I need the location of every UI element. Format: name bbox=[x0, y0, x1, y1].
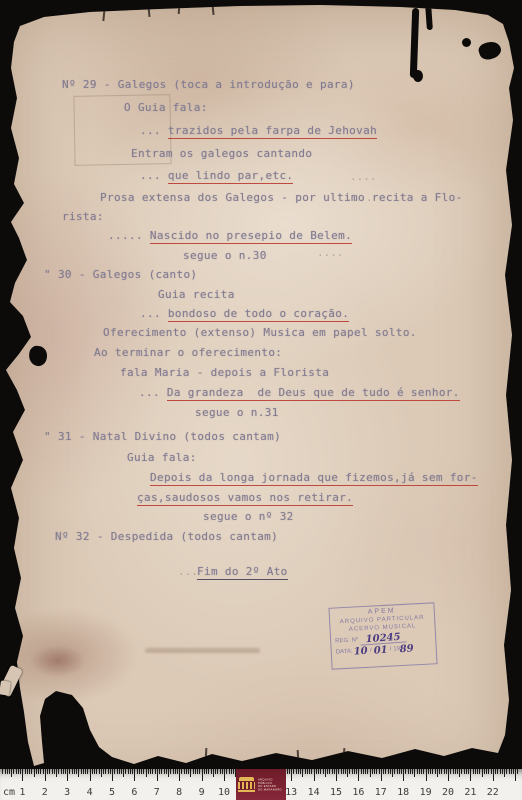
ruler-tick bbox=[47, 769, 48, 774]
ruler-tick bbox=[343, 769, 344, 774]
ruler-tick bbox=[141, 769, 142, 774]
ruler-tick bbox=[18, 769, 19, 774]
ruler-tick bbox=[473, 769, 474, 774]
ruler-tick bbox=[515, 769, 516, 781]
ruler-tick bbox=[291, 769, 292, 781]
ruler-tick bbox=[110, 769, 111, 774]
ruler-tick bbox=[2, 769, 3, 774]
ruler-tick bbox=[119, 769, 120, 774]
stamp-date-separator: / bbox=[370, 647, 372, 656]
line-text: Guia recita bbox=[158, 288, 235, 301]
ruler-tick bbox=[123, 769, 124, 777]
typewritten-line: segue o n.30 bbox=[183, 249, 267, 263]
ruler-tick bbox=[341, 769, 342, 774]
ruler-tick bbox=[385, 769, 386, 774]
ruler-tick bbox=[363, 769, 364, 774]
archive-stamp: APEM ARQUIVO PARTICULAR ACERVO MUSICAL R… bbox=[328, 602, 437, 669]
ruler-tick bbox=[193, 769, 194, 774]
ruler-tick bbox=[36, 769, 37, 774]
ruler-tick bbox=[464, 769, 465, 774]
ruler-tick bbox=[7, 769, 8, 774]
ruler-tick bbox=[421, 769, 422, 774]
logo-text-line: PÚBLICO bbox=[258, 781, 282, 784]
ruler-tick bbox=[338, 769, 339, 774]
ruler-tick bbox=[211, 769, 212, 774]
typewritten-line: Prosa extensa dos Galegos - por ultimo r… bbox=[100, 191, 463, 205]
ruler-tick bbox=[405, 769, 406, 774]
ruler-tick bbox=[155, 769, 156, 774]
line-prefix: ... bbox=[140, 169, 168, 182]
line-text: Nº 29 - Galegos (toca a introdução e par… bbox=[62, 78, 355, 91]
ruler-tick bbox=[379, 769, 380, 774]
ruler-tick bbox=[376, 769, 377, 774]
typewritten-line: rista: bbox=[62, 210, 104, 224]
ruler-tick bbox=[477, 769, 478, 774]
ruler-tick bbox=[392, 769, 393, 777]
ruler-tick bbox=[300, 769, 301, 774]
line-text: " 31 - Natal Divino (todos cantam) bbox=[44, 430, 281, 443]
typewritten-line: Nº 29 - Galegos (toca a introdução e par… bbox=[62, 78, 355, 92]
line-prefix: ... bbox=[139, 386, 167, 399]
ink-blot-mark bbox=[477, 39, 503, 62]
logo-text-line: DO MARANHÃO bbox=[258, 788, 282, 791]
archive-logo-text: ARQUIVO PÚBLICO DO ESTADO DO MARANHÃO bbox=[258, 778, 282, 791]
ruler-tick bbox=[345, 769, 346, 774]
ruler-tick bbox=[367, 769, 368, 774]
ruler-tick bbox=[52, 769, 53, 774]
ruler-tick bbox=[430, 769, 431, 774]
stain-mark bbox=[30, 645, 85, 677]
torn-slit-mark bbox=[413, 70, 423, 82]
line-prefix: ... bbox=[140, 307, 168, 320]
ruler-tick bbox=[69, 769, 70, 774]
ruler-tick bbox=[215, 769, 216, 774]
ruler-number: 1 bbox=[13, 787, 31, 798]
ruler-tick bbox=[125, 769, 126, 774]
ruler-tick bbox=[432, 769, 433, 774]
ruler-tick bbox=[399, 769, 400, 774]
ruler-tick bbox=[166, 769, 167, 774]
ruler-tick bbox=[99, 769, 100, 774]
ruler-number: 17 bbox=[372, 787, 390, 798]
ruler-tick bbox=[502, 769, 503, 774]
ruler-number: 9 bbox=[193, 787, 211, 798]
ruler-tick bbox=[208, 769, 209, 774]
ruler-tick bbox=[311, 769, 312, 774]
ruler-tick bbox=[132, 769, 133, 774]
ruler-tick bbox=[85, 769, 86, 774]
typewritten-line: ... Da grandeza de Deus que de tudo é se… bbox=[139, 386, 460, 400]
ruler-tick bbox=[83, 769, 84, 774]
ruler-number: 20 bbox=[439, 787, 457, 798]
ruler-tick bbox=[117, 769, 118, 774]
ruler-tick bbox=[139, 769, 140, 774]
underlined-text: Depois da longa jornada que fizemos,já s… bbox=[150, 471, 478, 486]
faint-dots: .... bbox=[350, 170, 377, 184]
underlined-text: Da grandeza de Deus que de tudo é senhor… bbox=[167, 386, 460, 401]
ruler-tick bbox=[27, 769, 28, 774]
typewritten-line: O Guia fala: bbox=[124, 101, 208, 115]
stamp-date-label: DATA: bbox=[336, 648, 353, 658]
ruler-tick bbox=[383, 769, 384, 774]
ruler-tick bbox=[220, 769, 221, 774]
ruler-number: 2 bbox=[36, 787, 54, 798]
ruler-tick bbox=[103, 769, 104, 774]
typewritten-line: fala Maria - depois a Florista bbox=[120, 366, 329, 380]
typewritten-line: ... bondoso de todo o coração. bbox=[140, 307, 349, 321]
ruler-tick bbox=[224, 769, 225, 781]
stamp-reg-label: REG. Nº bbox=[335, 636, 358, 646]
line-text: Ao terminar o oferecimento: bbox=[94, 346, 282, 359]
line-text: Oferecimento (extenso) Musica em papel s… bbox=[103, 326, 417, 339]
ruler-tick bbox=[435, 769, 436, 774]
ruler-tick bbox=[437, 769, 438, 777]
ruler-tick bbox=[419, 769, 420, 774]
ruler-tick bbox=[497, 769, 498, 774]
typewritten-line: Fim do 2º Ato bbox=[197, 565, 288, 579]
ruler-tick bbox=[148, 769, 149, 774]
ruler-number: 18 bbox=[394, 787, 412, 798]
ruler-tick bbox=[65, 769, 66, 774]
ruler-tick bbox=[482, 769, 483, 777]
ruler-tick bbox=[173, 769, 174, 774]
ruler-tick bbox=[305, 769, 306, 774]
ruler-tick bbox=[296, 769, 297, 774]
document-page: Nº 29 - Galegos (toca a introdução e par… bbox=[0, 0, 522, 800]
ruler-tick bbox=[365, 769, 366, 774]
ruler-tick bbox=[491, 769, 492, 774]
ruler-tick bbox=[54, 769, 55, 774]
torn-slit-mark bbox=[425, 4, 433, 30]
line-text: segue o n.31 bbox=[195, 406, 279, 419]
ruler-tick bbox=[29, 769, 30, 774]
ruler-tick bbox=[504, 769, 505, 777]
ruler-tick bbox=[81, 769, 82, 774]
faint-dots: .... bbox=[317, 246, 344, 260]
ruler-tick bbox=[186, 769, 187, 774]
ruler-number: 19 bbox=[417, 787, 435, 798]
ruler-tick bbox=[408, 769, 409, 774]
ruler-tick bbox=[63, 769, 64, 774]
ruler-tick bbox=[22, 769, 23, 781]
ruler-tick bbox=[170, 769, 171, 774]
stamp-date-separator: / bbox=[389, 646, 391, 655]
ruler-tick bbox=[226, 769, 227, 774]
ruler-tick bbox=[349, 769, 350, 774]
ruler-tick bbox=[130, 769, 131, 774]
typewritten-line: Depois da longa jornada que fizemos,já s… bbox=[150, 471, 478, 485]
ruler-tick bbox=[87, 769, 88, 774]
typewritten-line: ... trazidos pela farpa de Jehovah bbox=[140, 124, 377, 138]
typewritten-line: " 30 - Galegos (canto) bbox=[44, 268, 197, 282]
underlined-text: bondoso de todo o coração. bbox=[168, 307, 349, 322]
ruler-tick bbox=[470, 769, 471, 781]
ruler-tick bbox=[9, 769, 10, 774]
ruler-tick bbox=[354, 769, 355, 774]
ruler-tick bbox=[412, 769, 413, 774]
line-text: Prosa extensa dos Galegos - por ultimo r… bbox=[100, 191, 463, 204]
ruler-tick bbox=[356, 769, 357, 774]
ruler-tick bbox=[450, 769, 451, 774]
ink-dot-mark bbox=[462, 38, 471, 47]
ruler-tick bbox=[199, 769, 200, 774]
line-text: segue o nº 32 bbox=[203, 510, 294, 523]
ruler-number: 7 bbox=[148, 787, 166, 798]
ruler-tick bbox=[90, 769, 91, 781]
ruler-number: 6 bbox=[125, 787, 143, 798]
ruler-tick bbox=[16, 769, 17, 774]
stamp-date-day: 10 bbox=[354, 647, 369, 657]
ruler-tick bbox=[233, 769, 234, 774]
ruler-tick bbox=[56, 769, 57, 777]
ruler-number: 3 bbox=[58, 787, 76, 798]
typewritten-line: Entram os galegos cantando bbox=[131, 147, 312, 161]
ruler-tick bbox=[500, 769, 501, 774]
ruler-tick bbox=[184, 769, 185, 774]
ruler-tick bbox=[40, 769, 41, 774]
typewritten-line: Nº 32 - Despedida (todos cantam) bbox=[55, 530, 278, 544]
ruler-tick bbox=[152, 769, 153, 774]
ruler-tick bbox=[334, 769, 335, 774]
typewritten-line: Guia recita bbox=[158, 288, 235, 302]
ruler-tick bbox=[455, 769, 456, 774]
ruler-tick bbox=[92, 769, 93, 774]
typewritten-line: Oferecimento (extenso) Musica em papel s… bbox=[103, 326, 417, 340]
ruler-tick bbox=[388, 769, 389, 774]
ruler-tick bbox=[72, 769, 73, 774]
ruler-tick bbox=[307, 769, 308, 774]
ruler-tick bbox=[484, 769, 485, 774]
ruler-tick bbox=[361, 769, 362, 774]
ruler-tick bbox=[439, 769, 440, 774]
ruler-tick bbox=[94, 769, 95, 774]
ruler-tick bbox=[370, 769, 371, 777]
ruler-number: 14 bbox=[305, 787, 323, 798]
edge-tear-crack bbox=[205, 748, 207, 762]
ruler-tick bbox=[466, 769, 467, 774]
ruler-tick bbox=[206, 769, 207, 774]
typewritten-line: Guia fala: bbox=[127, 451, 197, 465]
ruler-tick bbox=[517, 769, 518, 774]
ruler-tick bbox=[146, 769, 147, 777]
ruler-tick bbox=[495, 769, 496, 774]
ruler-tick bbox=[336, 769, 337, 781]
ruler-tick bbox=[314, 769, 315, 781]
ruler-tick bbox=[475, 769, 476, 774]
ruler-tick bbox=[168, 769, 169, 777]
logo-text-line: DO ESTADO bbox=[258, 785, 282, 788]
ruler-tick bbox=[188, 769, 189, 774]
ruler-number: 16 bbox=[349, 787, 367, 798]
underlined-text: Fim do 2º Ato bbox=[197, 565, 288, 580]
ruler-tick bbox=[509, 769, 510, 774]
line-prefix: ..... bbox=[108, 229, 150, 242]
ruler-tick bbox=[397, 769, 398, 774]
underlined-text: que lindo par,etc. bbox=[168, 169, 294, 184]
ruler-tick bbox=[423, 769, 424, 774]
torn-slit-mark bbox=[410, 8, 419, 78]
ruler-tick bbox=[20, 769, 21, 774]
ruler-tick bbox=[157, 769, 158, 781]
building-icon bbox=[238, 777, 255, 792]
ruler-tick bbox=[428, 769, 429, 774]
ruler-tick bbox=[150, 769, 151, 774]
ruler-tick bbox=[45, 769, 46, 781]
underlined-text: trazidos pela farpa de Jehovah bbox=[168, 124, 377, 139]
ruler-tick bbox=[181, 769, 182, 774]
line-text: rista: bbox=[62, 210, 104, 223]
ruler-tick bbox=[134, 769, 135, 781]
ruler-tick bbox=[5, 769, 6, 774]
ruler-tick bbox=[58, 769, 59, 774]
ruler-tick bbox=[108, 769, 109, 774]
ruler-tick bbox=[96, 769, 97, 774]
ruler-tick bbox=[202, 769, 203, 781]
ruler-tick bbox=[459, 769, 460, 777]
ruler-tick bbox=[316, 769, 317, 774]
ruler-tick bbox=[453, 769, 454, 774]
ruler-tick bbox=[323, 769, 324, 774]
underlined-text: ças,saudosos vamos nos retirar. bbox=[137, 491, 353, 506]
ruler-tick bbox=[358, 769, 359, 781]
ruler-tick bbox=[49, 769, 50, 774]
typewritten-line: segue o n.31 bbox=[195, 406, 279, 420]
ruler-tick bbox=[121, 769, 122, 774]
ruler-tick bbox=[374, 769, 375, 774]
ruler-tick bbox=[293, 769, 294, 774]
edge-tear-crack bbox=[178, 5, 180, 14]
archive-logo-plate: ARQUIVO PÚBLICO DO ESTADO DO MARANHÃO bbox=[236, 769, 286, 800]
ruler-tick bbox=[410, 769, 411, 774]
ruler-tick bbox=[511, 769, 512, 774]
ruler-tick bbox=[25, 769, 26, 774]
erased-text-smudge bbox=[145, 648, 260, 653]
line-text: fala Maria - depois a Florista bbox=[120, 366, 329, 379]
ruler-number: 21 bbox=[461, 787, 479, 798]
ruler-tick bbox=[61, 769, 62, 774]
underlined-text: Nascido no presepio de Belem. bbox=[150, 229, 352, 244]
ruler-tick bbox=[426, 769, 427, 781]
ruler-tick bbox=[372, 769, 373, 774]
ruler-tick bbox=[101, 769, 102, 777]
ruler-tick bbox=[394, 769, 395, 774]
ruler-tick bbox=[457, 769, 458, 774]
ruler-tick bbox=[325, 769, 326, 777]
ruler-tick bbox=[468, 769, 469, 774]
ruler-tick bbox=[441, 769, 442, 774]
ruler-tick bbox=[78, 769, 79, 777]
stamp-date-year: 89 bbox=[400, 644, 415, 654]
ruler-tick bbox=[352, 769, 353, 774]
ruler-tick bbox=[381, 769, 382, 781]
ruler-tick bbox=[289, 769, 290, 774]
typewritten-line: segue o nº 32 bbox=[203, 510, 294, 524]
ruler-tick bbox=[34, 769, 35, 777]
ruler-tick bbox=[302, 769, 303, 777]
ruler-tick bbox=[320, 769, 321, 774]
ruler-tick bbox=[43, 769, 44, 774]
ruler-tick bbox=[112, 769, 113, 781]
ruler-tick bbox=[486, 769, 487, 774]
ruler-tick bbox=[401, 769, 402, 774]
typewritten-line: Ao terminar o oferecimento: bbox=[94, 346, 282, 360]
ruler-tick bbox=[11, 769, 12, 777]
ruler-tick bbox=[213, 769, 214, 777]
ruler-tick bbox=[222, 769, 223, 774]
typewritten-line: " 31 - Natal Divino (todos cantam) bbox=[44, 430, 281, 444]
ruler-tick bbox=[329, 769, 330, 774]
faint-dots: ... bbox=[178, 565, 198, 579]
ruler-number: 5 bbox=[103, 787, 121, 798]
ruler-tick bbox=[506, 769, 507, 774]
edge-tear-crack bbox=[343, 748, 345, 759]
ruler-tick bbox=[164, 769, 165, 774]
ruler-tick bbox=[74, 769, 75, 774]
ruler-tick bbox=[414, 769, 415, 777]
ruler-number: 10 bbox=[215, 787, 233, 798]
line-text: Entram os galegos cantando bbox=[131, 147, 312, 160]
ruler-tick bbox=[114, 769, 115, 774]
ruler-tick bbox=[217, 769, 218, 774]
ruler-tick bbox=[446, 769, 447, 774]
ruler-tick bbox=[444, 769, 445, 774]
ruler-tick bbox=[38, 769, 39, 774]
ruler-number: 4 bbox=[81, 787, 99, 798]
ruler-tick bbox=[347, 769, 348, 777]
ruler-tick bbox=[231, 769, 232, 774]
ruler-tick bbox=[159, 769, 160, 774]
measuring-ruler: cm 1234567891013141516171819202122 ARQUI… bbox=[0, 769, 522, 800]
ruler-tick bbox=[128, 769, 129, 774]
ruler-tick bbox=[105, 769, 106, 774]
line-text: Guia fala: bbox=[127, 451, 197, 464]
ruler-tick bbox=[318, 769, 319, 774]
ruler-tick bbox=[417, 769, 418, 774]
ruler-tick bbox=[76, 769, 77, 774]
ruler-tick bbox=[479, 769, 480, 774]
ruler-number: 15 bbox=[327, 787, 345, 798]
paper-hole bbox=[28, 345, 49, 367]
ruler-number: 22 bbox=[484, 787, 502, 798]
faint-dots: .... bbox=[346, 191, 373, 205]
ruler-tick bbox=[137, 769, 138, 774]
typewritten-line: ... que lindo par,etc. bbox=[140, 169, 293, 183]
ruler-tick bbox=[390, 769, 391, 774]
scanned-document: Nº 29 - Galegos (toca a introdução e par… bbox=[0, 0, 522, 800]
ruler-tick bbox=[204, 769, 205, 774]
typewritten-line: ..... Nascido no presepio de Belem. bbox=[108, 229, 352, 243]
ruler-tick bbox=[448, 769, 449, 781]
paper-scrap bbox=[0, 680, 11, 695]
ruler-tick bbox=[143, 769, 144, 774]
typewritten-line: ças,saudosos vamos nos retirar. bbox=[137, 491, 353, 505]
line-text: " 30 - Galegos (canto) bbox=[44, 268, 197, 281]
ruler-tick bbox=[327, 769, 328, 774]
ruler-tick bbox=[175, 769, 176, 774]
line-text: O Guia fala: bbox=[124, 101, 208, 114]
ruler-tick bbox=[177, 769, 178, 774]
ruler-tick bbox=[461, 769, 462, 774]
edge-tear-crack bbox=[102, 8, 105, 21]
ruler-tick bbox=[179, 769, 180, 781]
ruler-tick bbox=[298, 769, 299, 774]
ruler-tick bbox=[13, 769, 14, 774]
ruler-tick bbox=[493, 769, 494, 781]
ruler-tick bbox=[332, 769, 333, 774]
ruler-tick bbox=[513, 769, 514, 774]
ruler-tick bbox=[287, 769, 288, 774]
ruler-tick bbox=[195, 769, 196, 774]
